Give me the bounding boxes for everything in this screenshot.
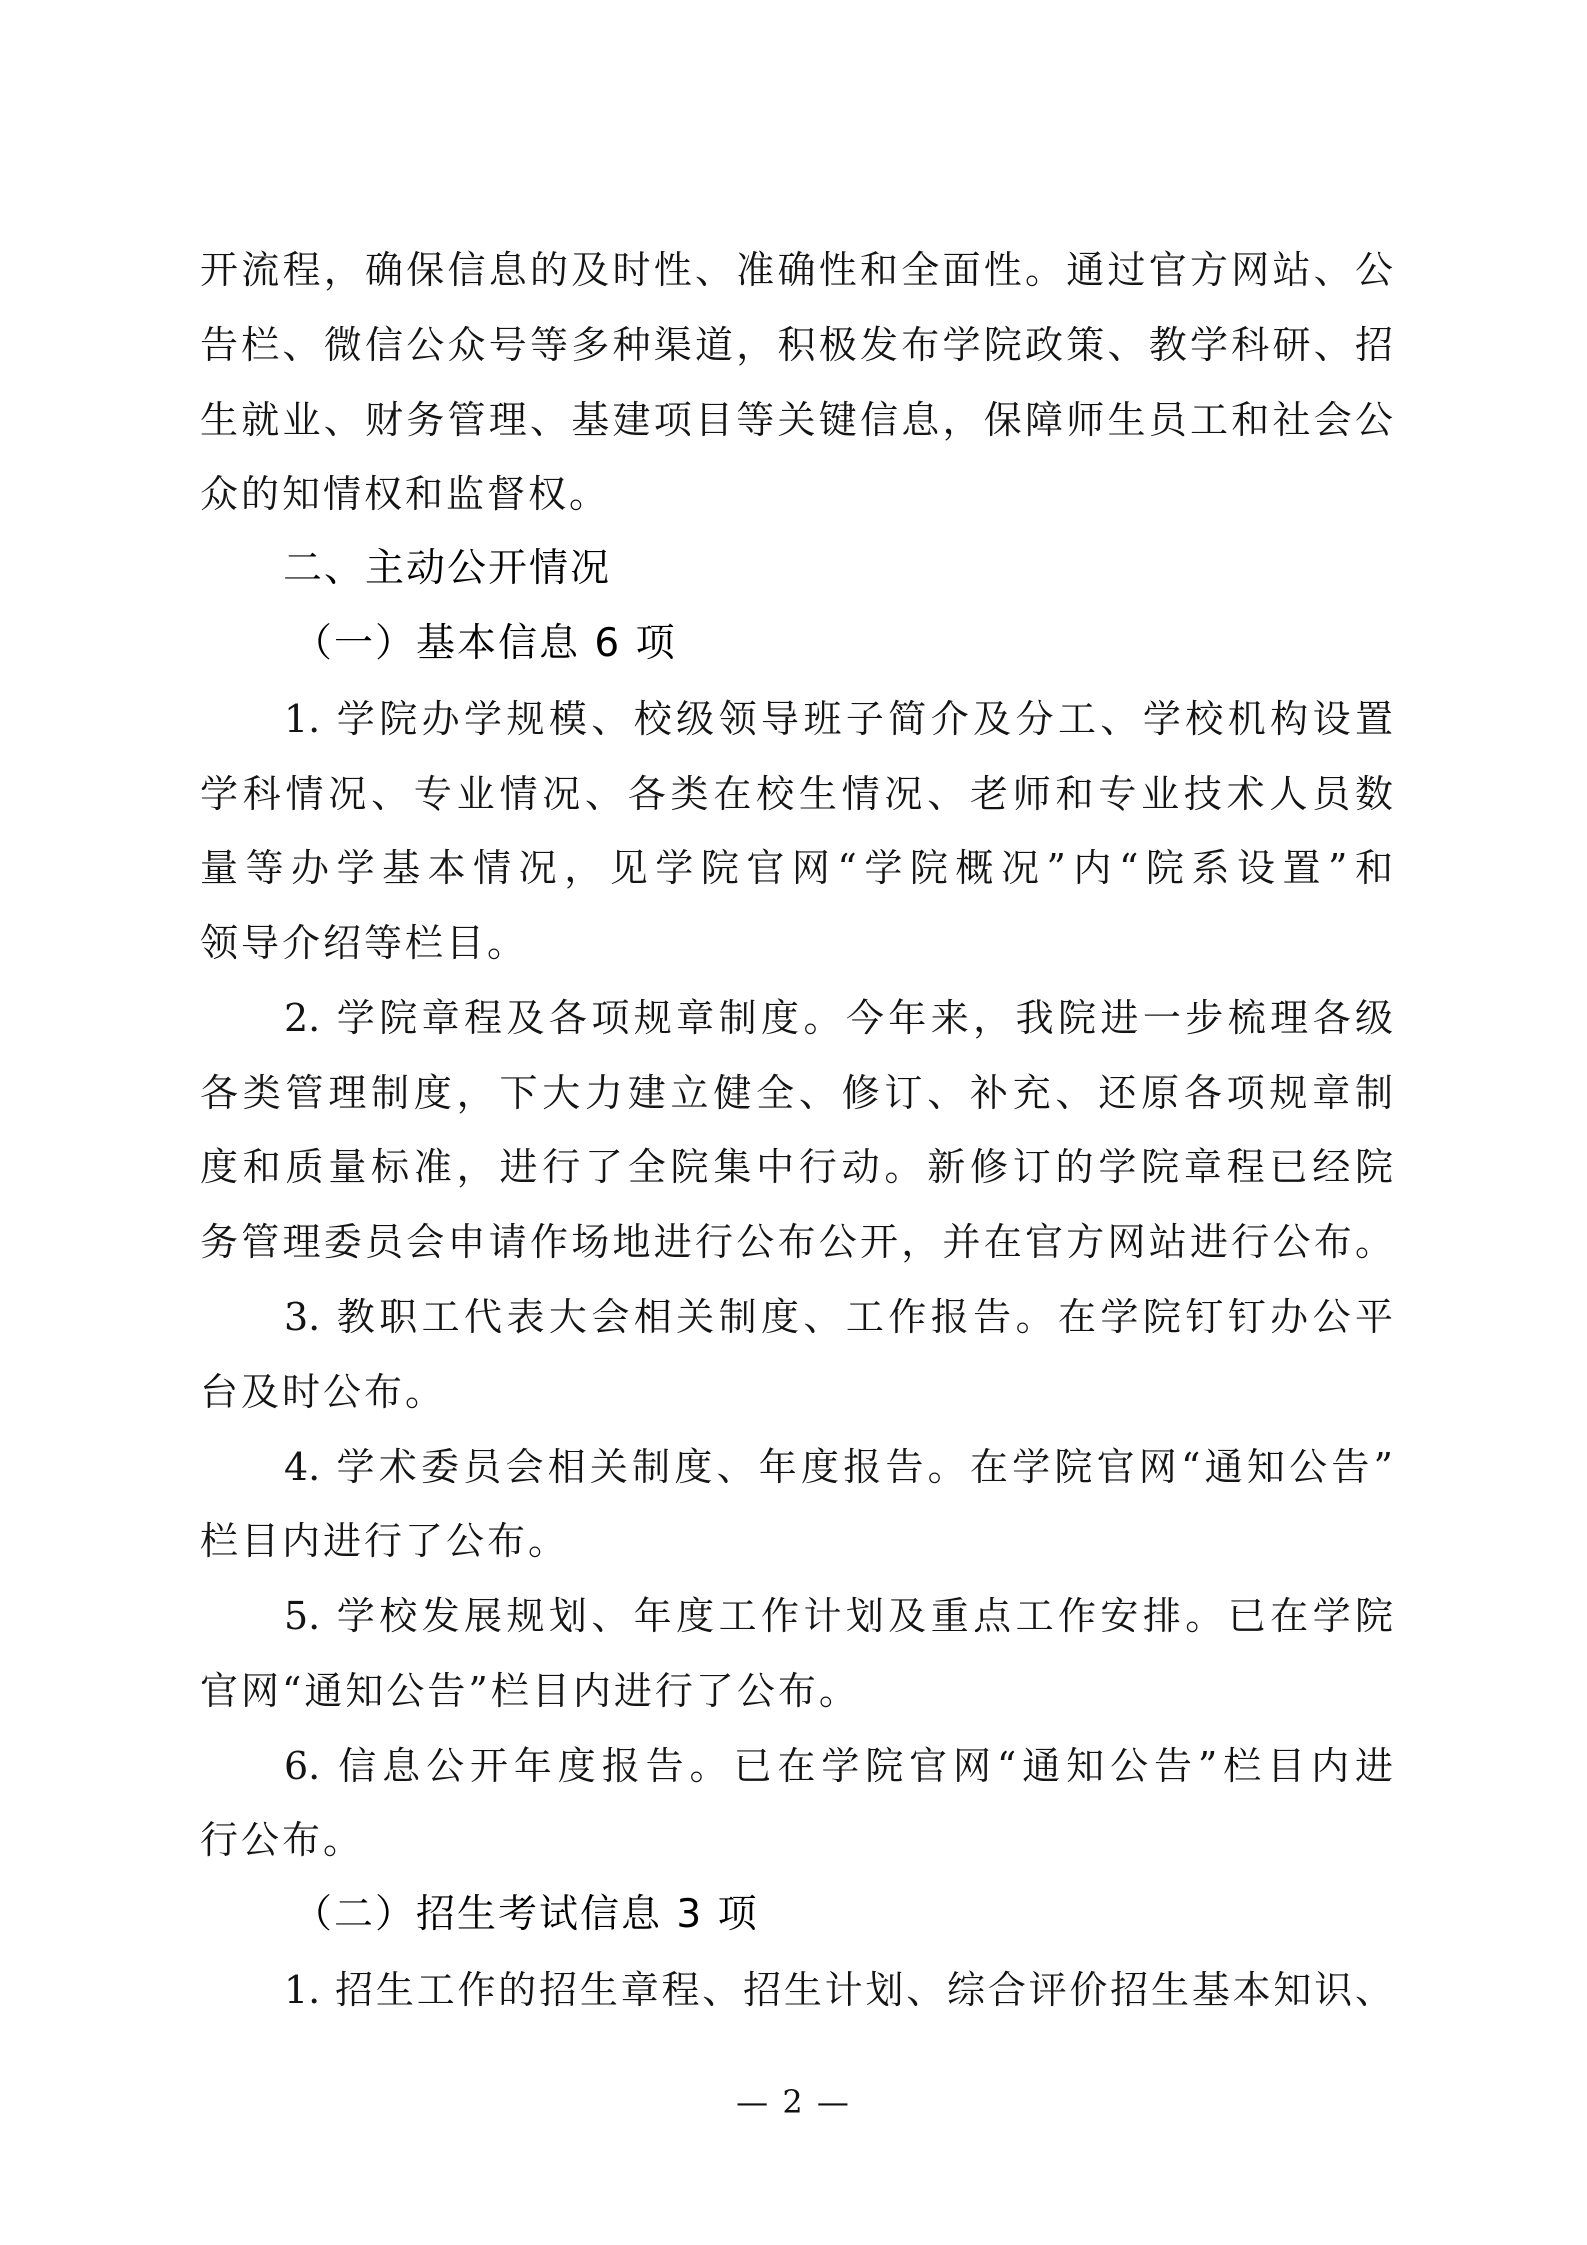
subsection-heading: （一）基本信息 6 项 <box>293 620 677 668</box>
body-text-line: 台及时公布。 <box>200 1368 1393 1416</box>
list-item-text: 1. 招生工作的招生章程、招生计划、综合评价招生基本知识、 <box>284 1966 1393 2014</box>
section-heading: 二、主动公开情况 <box>283 545 611 593</box>
body-text-line: 官网“通知公告”栏目内进行了公布。 <box>200 1667 1393 1715</box>
body-text-line: 众的知情权和监督权。 <box>200 470 1393 518</box>
subsection-heading: （二）招生考试信息 3 项 <box>293 1891 759 1939</box>
list-item-text: 1. 学院办学规模、校级领导班子简介及分工、学校机构设置 <box>284 695 1393 743</box>
list-item-text: 4. 学术委员会相关制度、年度报告。在学院官网“通知公告” <box>284 1443 1393 1491</box>
body-text-line: 务管理委员会申请作场地进行公布公开，并在官方网站进行公布。 <box>200 1218 1393 1266</box>
body-text-line: 度和质量标准，进行了全院集中行动。新修订的学院章程已经院 <box>200 1143 1393 1191</box>
body-text-line: 各类管理制度，下大力建立健全、修订、补充、还原各项规章制 <box>200 1069 1393 1117</box>
body-text-line: 告栏、微信公众号等多种渠道，积极发布学院政策、教学科研、招 <box>200 321 1393 369</box>
list-item-text: 6. 信息公开年度报告。已在学院官网“通知公告”栏目内进 <box>284 1742 1393 1790</box>
body-text-line: 行公布。 <box>200 1816 1393 1864</box>
list-item-text: 5. 学校发展规划、年度工作计划及重点工作安排。已在学院 <box>284 1592 1393 1640</box>
body-text-line: 学科情况、专业情况、各类在校生情况、老师和专业技术人员数 <box>200 770 1393 818</box>
body-text-line: 栏目内进行了公布。 <box>200 1517 1393 1565</box>
page-number: — 2 — <box>0 2082 1587 2122</box>
body-text-line: 开流程，确保信息的及时性、准确性和全面性。通过官方网站、公 <box>200 246 1393 294</box>
list-item-text: 2. 学院章程及各项规章制度。今年来，我院进一步梳理各级 <box>284 994 1393 1042</box>
list-item-text: 3. 教职工代表大会相关制度、工作报告。在学院钉钉办公平 <box>284 1293 1393 1341</box>
body-text-line: 量等办学基本情况，见学院官网“学院概况”内“院系设置”和 <box>200 844 1393 892</box>
document-page: 开流程，确保信息的及时性、准确性和全面性。通过官方网站、公 告栏、微信公众号等多… <box>0 0 1587 2245</box>
body-text-line: 领导介绍等栏目。 <box>200 919 1393 967</box>
body-text-line: 生就业、财务管理、基建项目等关键信息，保障师生员工和社会公 <box>200 396 1393 444</box>
